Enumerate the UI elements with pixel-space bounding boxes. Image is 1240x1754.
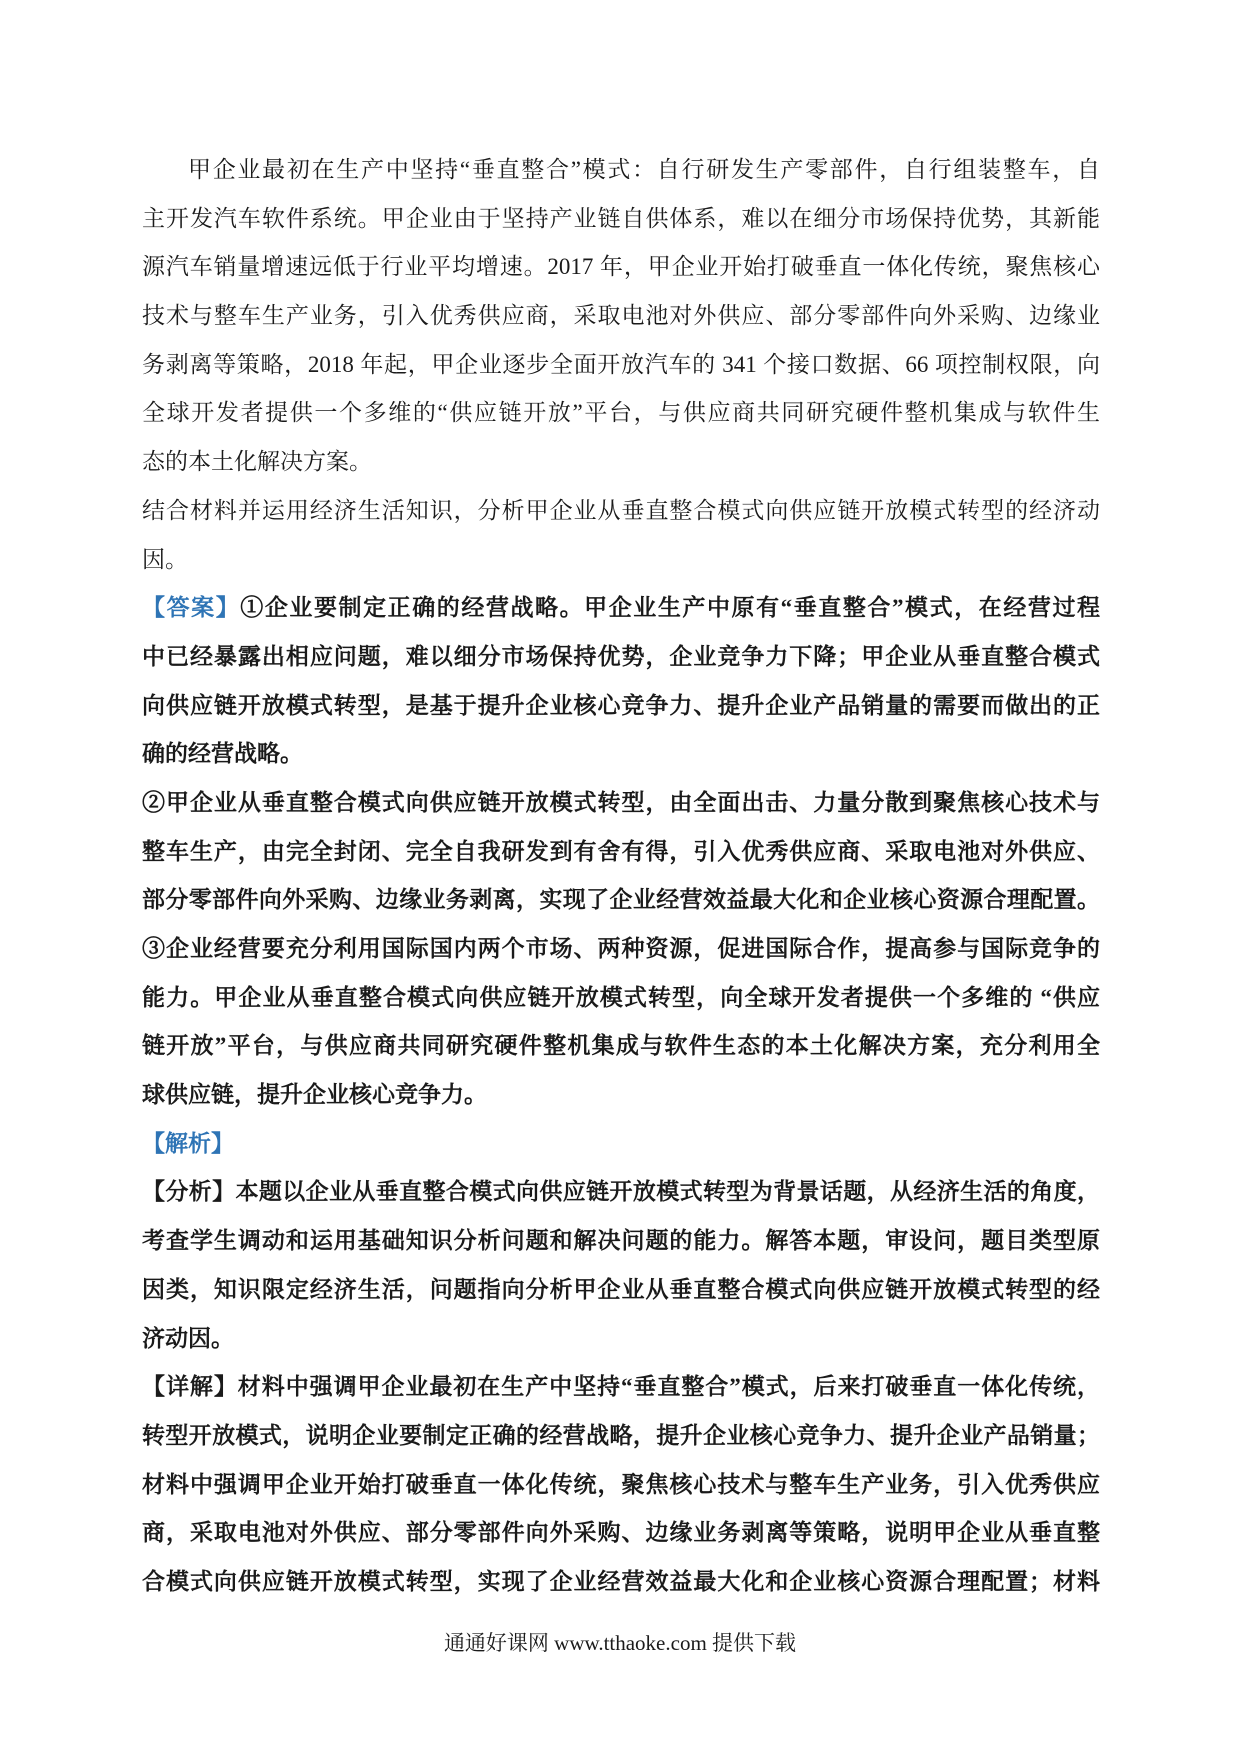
fenxi-line: 【分析】本题以企业从垂直整合模式向供应链开放模式转型为背景话题，从经济生活的角度…	[142, 1168, 1100, 1217]
answer-line: 中已经暴露出相应问题，难以细分市场保持优势，企业竞争力下降；甲企业从垂直整合模式	[142, 633, 1100, 682]
material-line: 甲企业最初在生产中坚持“垂直整合”模式：自行研发生产零部件，自行组装整车，自	[142, 146, 1100, 195]
material-line: 主开发汽车软件系统。甲企业由于坚持产业链自供体系，难以在细分市场保持优势，其新能	[142, 195, 1100, 244]
fenxi-line: 因类，知识限定经济生活，问题指向分析甲企业从垂直整合模式向供应链开放模式转型的经	[142, 1266, 1100, 1315]
material-line: 全球开发者提供一个多维的“供应链开放”平台，与供应商共同研究硬件整机集成与软件生	[142, 389, 1100, 438]
document-page: 甲企业最初在生产中坚持“垂直整合”模式：自行研发生产零部件，自行组装整车，自主开…	[0, 0, 1240, 1754]
question-line: 因。	[142, 536, 1100, 585]
material-line: 技术与整车生产业务，引入优秀供应商，采取电池对外供应、部分零部件向外采购、边缘业	[142, 292, 1100, 341]
fenxi-line: 考查学生调动和运用基础知识分析问题和解决问题的能力。解答本题，审设问，题目类型原	[142, 1217, 1100, 1266]
answer-line: ②甲企业从垂直整合模式向供应链开放模式转型，由全面出击、力量分散到聚焦核心技术与	[142, 779, 1100, 828]
xiangjie-line: 商，采取电池对外供应、部分零部件向外采购、边缘业务剥离等策略，说明甲企业从垂直整	[142, 1509, 1100, 1558]
answer-line: 球供应链，提升企业核心竞争力。	[142, 1071, 1100, 1120]
answer-line: 能力。甲企业从垂直整合模式向供应链开放模式转型，向全球开发者提供一个多维的 “供…	[142, 974, 1100, 1023]
material-line: 务剥离等策略，2018 年起，甲企业逐步全面开放汽车的 341 个接口数据、66…	[142, 341, 1100, 390]
answer-line: 向供应链开放模式转型，是基于提升企业核心竞争力、提升企业产品销量的需要而做出的正	[142, 682, 1100, 731]
jiexi-marker: 【解析】	[142, 1131, 234, 1156]
answer-line: 确的经营战略。	[142, 730, 1100, 779]
document-body: 甲企业最初在生产中坚持“垂直整合”模式：自行研发生产零部件，自行组装整车，自主开…	[142, 146, 1100, 1607]
answer-line: 整车生产，由完全封闭、完全自我研发到有舍有得，引入优秀供应商、采取电池对外供应、	[142, 828, 1100, 877]
question-line: 结合材料并运用经济生活知识，分析甲企业从垂直整合模式向供应链开放模式转型的经济动	[142, 487, 1100, 536]
answer-line: 部分零部件向外采购、边缘业务剥离，实现了企业经营效益最大化和企业核心资源合理配置…	[142, 876, 1100, 925]
xiangjie-line: 材料中强调甲企业开始打破垂直一体化传统，聚焦核心技术与整车生产业务，引入优秀供应	[142, 1461, 1100, 1510]
answer-line: 链开放”平台，与供应商共同研究硬件整机集成与软件生态的本土化解决方案，充分利用全	[142, 1022, 1100, 1071]
answer-line: ③企业经营要充分利用国际国内两个市场、两种资源，促进国际合作，提高参与国际竞争的	[142, 925, 1100, 974]
answer-line: 【答案】①企业要制定正确的经营战略。甲企业生产中原有“垂直整合”模式，在经营过程	[142, 584, 1100, 633]
xiangjie-line: 合模式向供应链开放模式转型，实现了企业经营效益最大化和企业核心资源合理配置；材料	[142, 1558, 1100, 1607]
xiangjie-line: 【详解】材料中强调甲企业最初在生产中坚持“垂直整合”模式，后来打破垂直一体化传统…	[142, 1363, 1100, 1412]
xiangjie-line: 转型开放模式，说明企业要制定正确的经营战略，提升企业核心竞争力、提升企业产品销量…	[142, 1412, 1100, 1461]
answer-marker: 【答案】	[142, 595, 240, 620]
material-line: 源汽车销量增速远低于行业平均增速。2017 年，甲企业开始打破垂直一体化传统，聚…	[142, 243, 1100, 292]
jiexi-line: 【解析】	[142, 1120, 1100, 1169]
material-line: 态的本土化解决方案。	[142, 438, 1100, 487]
fenxi-line: 济动因。	[142, 1315, 1100, 1364]
footer-watermark: 通通好课网 www.tthaoke.com 提供下载	[0, 1628, 1240, 1658]
